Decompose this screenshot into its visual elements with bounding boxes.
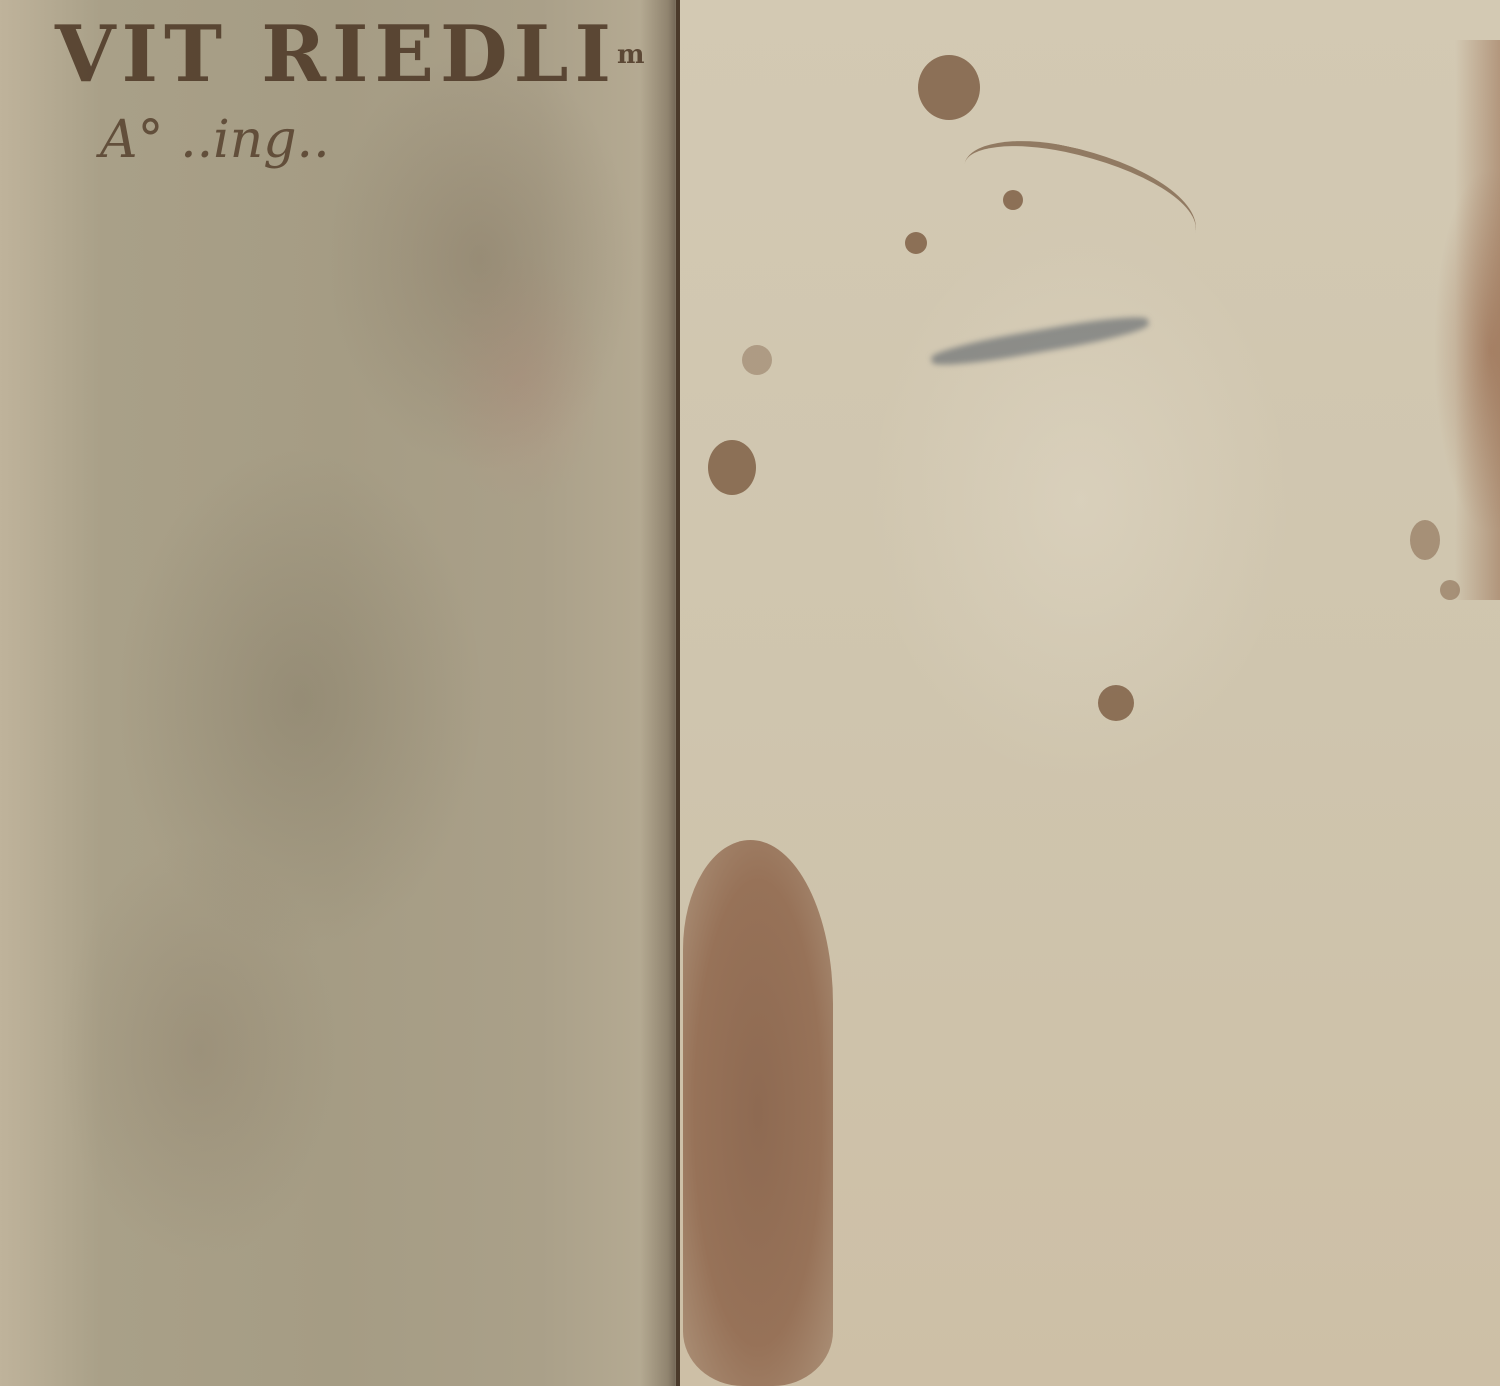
spine-shadow [640, 0, 680, 1386]
book-spine: VIT RIEDLIm A° ..ing.. [0, 0, 675, 1386]
stain-dot [708, 440, 756, 495]
stain-dot [905, 232, 927, 254]
stain-dot [1440, 580, 1460, 600]
stain-dot [742, 345, 772, 375]
stain-dot [1003, 190, 1023, 210]
book-binding-photo: VIT RIEDLIm A° ..ing.. [0, 0, 1500, 1386]
stain-dot [1410, 520, 1440, 560]
inscription-title: VIT RIEDLIm [55, 10, 665, 100]
cover-edge-stain [1455, 40, 1500, 600]
stain-dot [918, 55, 980, 120]
inscription-title-text: VIT RIEDLI [55, 9, 617, 100]
large-brown-stain [683, 840, 833, 1386]
stain-dot [1098, 685, 1134, 721]
inscription-subtitle: A° ..ing.. [55, 100, 665, 180]
spine-inscription: VIT RIEDLIm A° ..ing.. [55, 10, 665, 180]
